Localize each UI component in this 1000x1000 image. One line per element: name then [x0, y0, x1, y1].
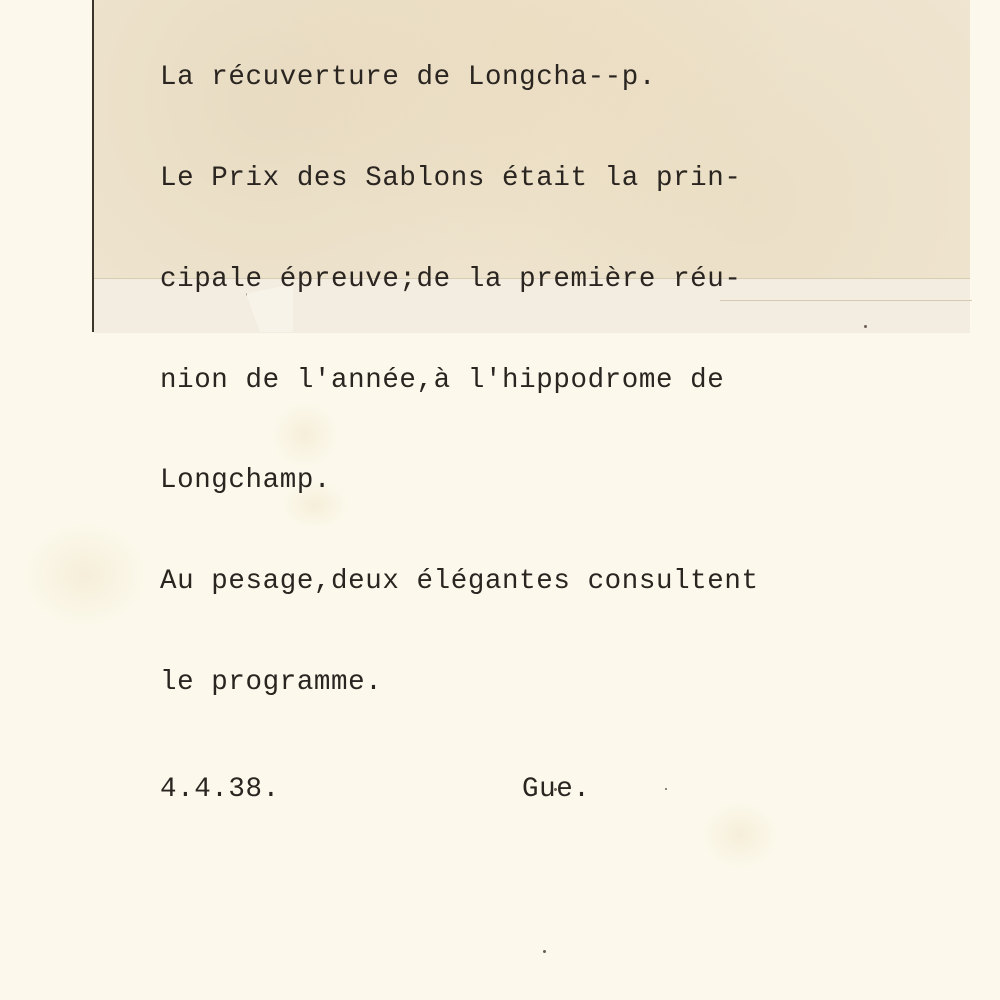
caption-line-7: le programme. [160, 666, 759, 700]
caption-line-2: Le Prix des Sablons était la prin- [160, 162, 759, 196]
typewritten-caption: La récuverture de Longcha--p. Le Prix de… [160, 0, 759, 846]
ink-speck [554, 788, 557, 791]
ink-speck [665, 788, 667, 790]
caption-date: 4.4.38. [160, 773, 522, 807]
caption-line-4: nion de l'année,à l'hippodrome de [160, 364, 759, 398]
paper-stain [20, 520, 150, 630]
caption-line-6: Au pesage,deux élégantes consultent [160, 565, 759, 599]
date-signature-line: 4.4.38.Gue. [160, 767, 759, 813]
caption-line-1: La récuverture de Longcha--p. [160, 61, 759, 95]
ink-speck [543, 950, 546, 953]
caption-line-5: Longchamp. [160, 464, 759, 498]
ink-speck [864, 325, 867, 328]
caption-line-3: cipale épreuve;de la première réu- [160, 263, 759, 297]
